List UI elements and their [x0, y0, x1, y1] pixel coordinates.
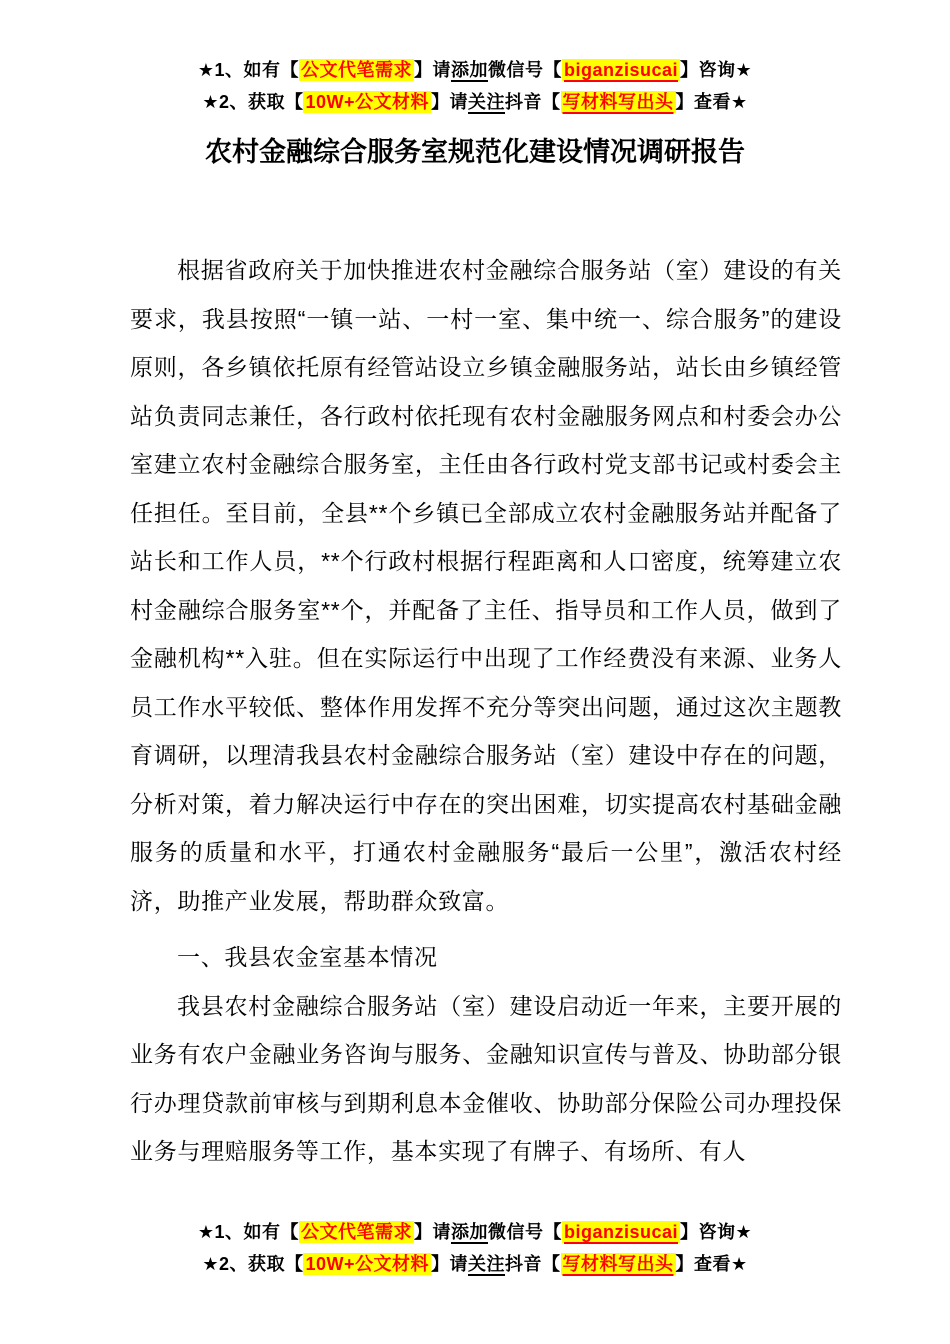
promo-text: 】请 — [414, 1222, 451, 1242]
douyin-id-highlight: 写材料写出头 — [561, 1253, 676, 1275]
keyword-highlight-service: 公文代笔需求 — [299, 1221, 414, 1243]
keyword-highlight-material: 10W+公文材料 — [303, 91, 431, 113]
promo-suffix-1: 】咨询★ — [680, 60, 752, 80]
document-body: 根据省政府关于加快推进农村金融综合服务站（室）建设的有关要求，我县按照“一镇一站… — [130, 246, 842, 1176]
wechat-id-highlight: biganzisucai — [562, 1221, 680, 1243]
paragraph: 根据省政府关于加快推进农村金融综合服务站（室）建设的有关要求，我县按照“一镇一站… — [130, 246, 842, 925]
promo-line: ★2、获取【10W+公文材料】请关注抖音【写材料写出头】查看★ — [0, 1248, 950, 1280]
promo-line: ★2、获取【10W+公文材料】请关注抖音【写材料写出头】查看★ — [0, 86, 950, 118]
promo-header: ★1、如有【公文代笔需求】请添加微信号【biganzisucai】咨询★★2、获… — [0, 54, 950, 118]
document-page: ★1、如有【公文代笔需求】请添加微信号【biganzisucai】咨询★★2、获… — [0, 0, 950, 1344]
promo-text: 】请 — [431, 1254, 468, 1274]
promo-prefix-2: ★2、获取【 — [202, 1254, 303, 1274]
underlined-follow-text: 关注 — [468, 1254, 505, 1274]
paragraph: 我县农村金融综合服务站（室）建设启动近一年来，主要开展的业务有农户金融业务咨询与… — [130, 982, 842, 1176]
keyword-highlight-service: 公文代笔需求 — [299, 59, 414, 81]
promo-suffix-1: 】咨询★ — [680, 1222, 752, 1242]
promo-suffix-2: 】查看★ — [676, 92, 748, 112]
underlined-follow-text: 关注 — [468, 92, 505, 112]
promo-line: ★1、如有【公文代笔需求】请添加微信号【biganzisucai】咨询★ — [0, 54, 950, 86]
douyin-id-highlight: 写材料写出头 — [561, 91, 676, 113]
promo-footer: ★1、如有【公文代笔需求】请添加微信号【biganzisucai】咨询★★2、获… — [0, 1216, 950, 1280]
promo-text: 微信号【 — [488, 60, 562, 80]
promo-text: 微信号【 — [488, 1222, 562, 1242]
promo-text: 】请 — [431, 92, 468, 112]
promo-line: ★1、如有【公文代笔需求】请添加微信号【biganzisucai】咨询★ — [0, 1216, 950, 1248]
document-title: 农村金融综合服务室规范化建设情况调研报告 — [0, 132, 950, 172]
underlined-add-text: 添加 — [451, 1222, 488, 1242]
wechat-id-highlight: biganzisucai — [562, 59, 680, 81]
promo-text: 抖音【 — [505, 92, 561, 112]
promo-suffix-2: 】查看★ — [676, 1254, 748, 1274]
promo-prefix-1: ★1、如有【 — [198, 1222, 299, 1242]
promo-text: 抖音【 — [505, 1254, 561, 1274]
promo-prefix-2: ★2、获取【 — [202, 92, 303, 112]
section-heading: 一、我县农金室基本情况 — [130, 933, 842, 982]
promo-prefix-1: ★1、如有【 — [198, 60, 299, 80]
keyword-highlight-material: 10W+公文材料 — [303, 1253, 431, 1275]
promo-text: 】请 — [414, 60, 451, 80]
underlined-add-text: 添加 — [451, 60, 488, 80]
